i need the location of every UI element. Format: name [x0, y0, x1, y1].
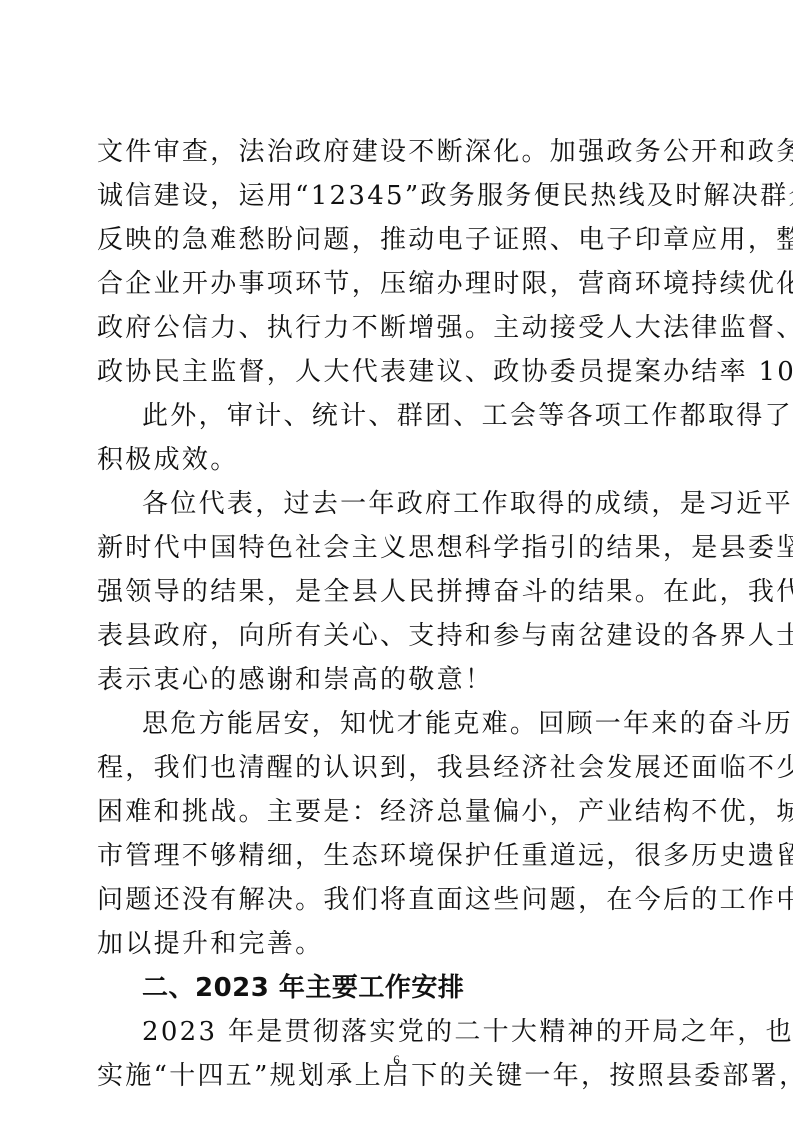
text-line: 表县政府，向所有关心、支持和参与南岔建设的各界人士，: [97, 616, 697, 656]
paragraph-start-line: 各位代表，过去一年政府工作取得的成绩，是习近平: [142, 484, 742, 524]
paragraph-start-line: 此外，审计、统计、群团、工会等各项工作都取得了: [142, 396, 742, 436]
text-line: 程，我们也清醒的认识到，我县经济社会发展还面临不少: [97, 748, 697, 788]
section-heading: 二、2023 年主要工作安排: [142, 968, 742, 1008]
text-line: 困难和挑战。主要是：经济总量偏小，产业结构不优，城: [97, 792, 697, 832]
text-line: 积极成效。: [97, 440, 697, 480]
text-line: 政府公信力、执行力不断增强。主动接受人大法律监督、: [97, 308, 697, 348]
document-page: 文件审查，法治政府建设不断深化。加强政务公开和政务 诚信建设，运用“12345”…: [0, 0, 793, 1122]
text-line: 表示衷心的感谢和崇高的敬意！: [97, 660, 697, 700]
text-line: 诚信建设，运用“12345”政务服务便民热线及时解决群众: [97, 176, 697, 216]
text-line: 加以提升和完善。: [97, 924, 697, 964]
text-line: 合企业开办事项环节，压缩办理时限，营商环境持续优化，: [97, 264, 697, 304]
text-line: 强领导的结果，是全县人民拼搏奋斗的结果。在此，我代: [97, 572, 697, 612]
page-number: 6: [0, 1052, 793, 1068]
text-line: 新时代中国特色社会主义思想科学指引的结果，是县委坚: [97, 528, 697, 568]
text-line: 文件审查，法治政府建设不断深化。加强政务公开和政务: [97, 132, 697, 172]
paragraph-start-line: 2023 年是贯彻落实党的二十大精神的开局之年，也是: [142, 1012, 742, 1052]
text-line: 政协民主监督，人大代表建议、政协委员提案办结率 100%。: [97, 352, 697, 392]
text-line: 问题还没有解决。我们将直面这些问题，在今后的工作中: [97, 880, 697, 920]
text-line: 市管理不够精细，生态环境保护任重道远，很多历史遗留: [97, 836, 697, 876]
text-line: 反映的急难愁盼问题，推动电子证照、电子印章应用，整: [97, 220, 697, 260]
paragraph-start-line: 思危方能居安，知忧才能克难。回顾一年来的奋斗历: [142, 704, 742, 744]
